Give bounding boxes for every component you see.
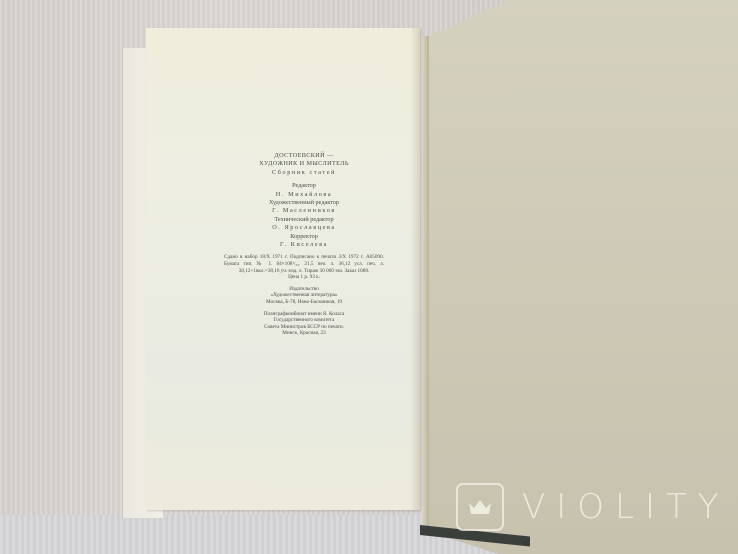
- book-title-line2: ХУДОЖНИК И МЫСЛИТЕЛЬ: [224, 160, 384, 168]
- credit-name: Г. Киселева: [224, 241, 384, 249]
- credit-name: Г. Масленников: [224, 207, 384, 215]
- credit-name: Н. Михайлова: [224, 191, 384, 199]
- violity-watermark: VIOLITY: [456, 483, 730, 531]
- watermark-text: VIOLITY: [522, 487, 730, 527]
- credit-role: Корректор: [224, 233, 384, 241]
- print-details: Сдано в набор 18/X 1971 г. Подписано к п…: [224, 254, 384, 274]
- credit-role: Технический редактор: [224, 216, 384, 224]
- credit-role: Художественный редактор: [224, 199, 384, 207]
- printer-line: Государственного комитета: [224, 317, 384, 324]
- book-subtitle: Сборник статей: [224, 169, 384, 177]
- price: Цена 1 р. 93 к.: [224, 274, 384, 281]
- right-book-cover: [418, 0, 738, 554]
- credit-role: Редактор: [224, 182, 384, 190]
- printer-line: Минск, Красная, 23: [224, 330, 384, 337]
- colophon: ДОСТОЕВСКИЙ — ХУДОЖНИК И МЫСЛИТЕЛЬ Сборн…: [224, 152, 384, 337]
- publisher-address: Москва, Б-78, Ново-Басманная, 19: [224, 299, 384, 306]
- book-page: ДОСТОЕВСКИЙ — ХУДОЖНИК И МЫСЛИТЕЛЬ Сборн…: [146, 28, 420, 510]
- credit-name: О. Ярославцева: [224, 224, 384, 232]
- book-title-line1: ДОСТОЕВСКИЙ —: [224, 152, 384, 160]
- publisher-label: Издательство: [224, 286, 384, 293]
- cover-edge: [421, 36, 429, 526]
- crown-icon: [456, 483, 504, 531]
- printer-line: Полиграфкомбинат имени Я. Коласа: [224, 311, 384, 318]
- publisher-name: «Художественная литература»: [224, 292, 384, 299]
- printer-line: Совета Министров БССР по печати.: [224, 324, 384, 331]
